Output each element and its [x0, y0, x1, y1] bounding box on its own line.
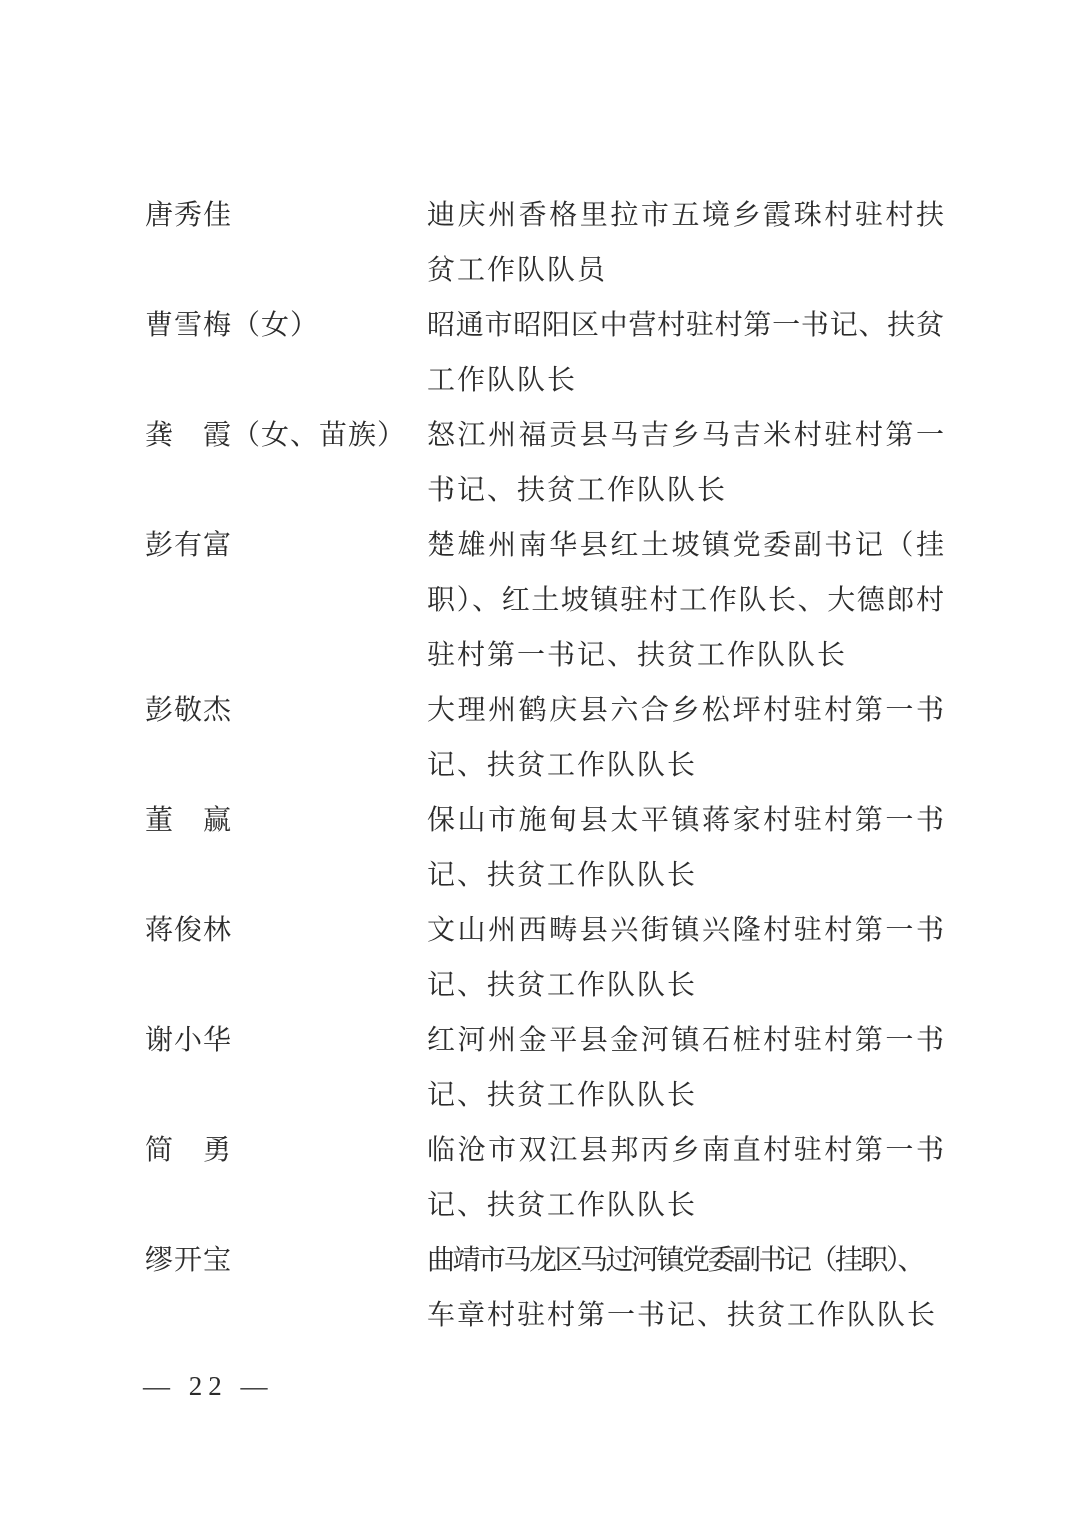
entry-name: 蒋俊林 — [145, 903, 427, 958]
description-line: 文山州西畴县兴街镇兴隆村驻村第一书 — [427, 903, 944, 958]
entry-description: 迪庆州香格里拉市五境乡霞珠村驻村扶贫工作队队员 — [427, 188, 944, 298]
description-line: 驻村第一书记、扶贫工作队队长 — [427, 628, 944, 683]
description-line: 楚雄州南华县红土坡镇党委副书记（挂 — [427, 518, 944, 573]
entry-description: 楚雄州南华县红土坡镇党委副书记（挂职）、红土坡镇驻村工作队长、大德郎村驻村第一书… — [427, 518, 944, 683]
description-line: 贫工作队队员 — [427, 243, 944, 298]
entry-row: 唐秀佳 迪庆州香格里拉市五境乡霞珠村驻村扶贫工作队队员 — [145, 188, 945, 298]
entry-name: 彭有富 — [145, 518, 427, 573]
entry-description: 临沧市双江县邦丙乡南直村驻村第一书记、扶贫工作队队长 — [427, 1123, 944, 1233]
description-line: 职）、红土坡镇驻村工作队长、大德郎村 — [427, 573, 944, 628]
entry-description: 怒江州福贡县马吉乡马吉米村驻村第一书记、扶贫工作队队长 — [427, 408, 944, 518]
description-line: 工作队队长 — [427, 353, 944, 408]
entries-list: 唐秀佳 迪庆州香格里拉市五境乡霞珠村驻村扶贫工作队队员 曹雪梅（女） 昭通市昭阳… — [145, 188, 945, 1343]
entry-row: 简 勇 临沧市双江县邦丙乡南直村驻村第一书记、扶贫工作队队长 — [145, 1123, 945, 1233]
description-line: 怒江州福贡县马吉乡马吉米村驻村第一 — [427, 408, 944, 463]
entry-row: 彭有富 楚雄州南华县红土坡镇党委副书记（挂职）、红土坡镇驻村工作队长、大德郎村驻… — [145, 518, 945, 683]
entry-name: 简 勇 — [145, 1123, 427, 1178]
description-line: 大理州鹤庆县六合乡松坪村驻村第一书 — [427, 683, 944, 738]
entry-description: 昭通市昭阳区中营村驻村第一书记、扶贫工作队队长 — [427, 298, 944, 408]
entry-name: 曹雪梅（女） — [145, 298, 427, 353]
entry-description: 大理州鹤庆县六合乡松坪村驻村第一书记、扶贫工作队队长 — [427, 683, 944, 793]
entry-name: 龚 霞（女、苗族） — [145, 408, 427, 463]
description-line: 曲靖市马龙区马过河镇党委副书记（挂职）、 — [427, 1233, 944, 1288]
entry-description: 保山市施甸县太平镇蒋家村驻村第一书记、扶贫工作队队长 — [427, 793, 944, 903]
entry-row: 曹雪梅（女） 昭通市昭阳区中营村驻村第一书记、扶贫工作队队长 — [145, 298, 945, 408]
page-number: — 22 — — [143, 1371, 274, 1401]
page-footer: — 22 — — [143, 1366, 274, 1406]
entry-description: 曲靖市马龙区马过河镇党委副书记（挂职）、车章村驻村第一书记、扶贫工作队队长 — [427, 1233, 944, 1343]
description-line: 保山市施甸县太平镇蒋家村驻村第一书 — [427, 793, 944, 848]
description-line: 书记、扶贫工作队队长 — [427, 463, 944, 518]
entry-name: 谢小华 — [145, 1013, 427, 1068]
entry-name: 缪开宝 — [145, 1233, 427, 1288]
entry-row: 董 赢 保山市施甸县太平镇蒋家村驻村第一书记、扶贫工作队队长 — [145, 793, 945, 903]
entry-row: 彭敬杰 大理州鹤庆县六合乡松坪村驻村第一书记、扶贫工作队队长 — [145, 683, 945, 793]
entry-row: 缪开宝 曲靖市马龙区马过河镇党委副书记（挂职）、车章村驻村第一书记、扶贫工作队队… — [145, 1233, 945, 1343]
description-line: 车章村驻村第一书记、扶贫工作队队长 — [427, 1288, 944, 1343]
entry-row: 龚 霞（女、苗族） 怒江州福贡县马吉乡马吉米村驻村第一书记、扶贫工作队队长 — [145, 408, 945, 518]
entry-name: 董 赢 — [145, 793, 427, 848]
entry-name: 彭敬杰 — [145, 683, 427, 738]
document-page: 唐秀佳 迪庆州香格里拉市五境乡霞珠村驻村扶贫工作队队员 曹雪梅（女） 昭通市昭阳… — [0, 0, 1080, 1528]
entry-description: 红河州金平县金河镇石桩村驻村第一书记、扶贫工作队队长 — [427, 1013, 944, 1123]
description-line: 红河州金平县金河镇石桩村驻村第一书 — [427, 1013, 944, 1068]
entry-description: 文山州西畴县兴街镇兴隆村驻村第一书记、扶贫工作队队长 — [427, 903, 944, 1013]
entry-row: 谢小华 红河州金平县金河镇石桩村驻村第一书记、扶贫工作队队长 — [145, 1013, 945, 1123]
entry-name: 唐秀佳 — [145, 188, 427, 243]
description-line: 记、扶贫工作队队长 — [427, 1068, 944, 1123]
description-line: 记、扶贫工作队队长 — [427, 738, 944, 793]
description-line: 记、扶贫工作队队长 — [427, 1178, 944, 1233]
description-line: 记、扶贫工作队队长 — [427, 848, 944, 903]
description-line: 记、扶贫工作队队长 — [427, 958, 944, 1013]
description-line: 昭通市昭阳区中营村驻村第一书记、扶贫 — [427, 298, 944, 353]
description-line: 迪庆州香格里拉市五境乡霞珠村驻村扶 — [427, 188, 944, 243]
description-line: 临沧市双江县邦丙乡南直村驻村第一书 — [427, 1123, 944, 1178]
entry-row: 蒋俊林 文山州西畴县兴街镇兴隆村驻村第一书记、扶贫工作队队长 — [145, 903, 945, 1013]
